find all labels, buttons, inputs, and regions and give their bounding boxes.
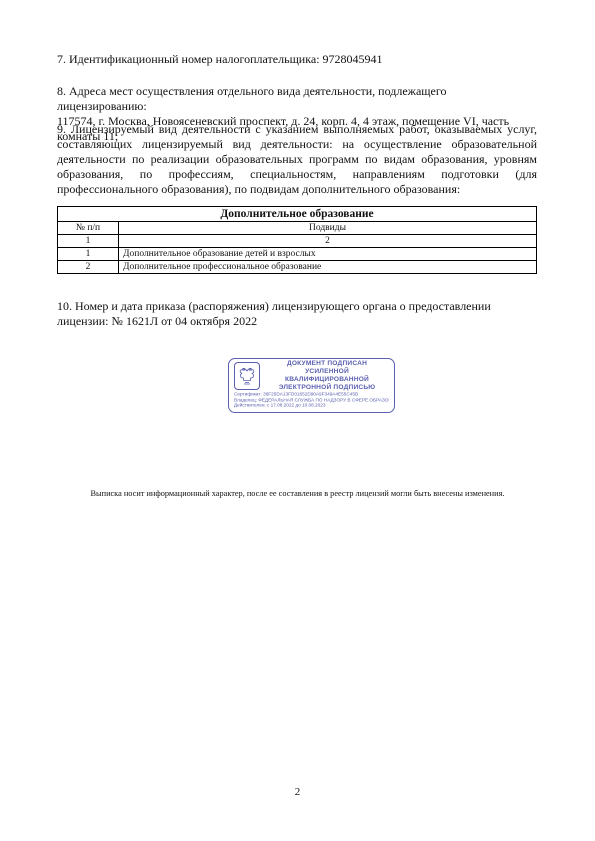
item8-heading: 8. Адреса мест осуществления отдельного …	[57, 84, 537, 114]
table-title: Дополнительное образование	[58, 207, 537, 222]
row-value: Дополнительное образование детей и взрос…	[119, 248, 537, 261]
stamp-info: Сертификат: 36F25DA13FD01652D90A9F349A4E…	[234, 392, 389, 408]
stamp-top-row: ДОКУМЕНТ ПОДПИСАН УСИЛЕННОЙ КВАЛИФИЦИРОВ…	[234, 362, 389, 389]
col-header-num: № п/п	[58, 222, 119, 235]
stamp-title-line3: ЭЛЕКТРОННОЙ ПОДПИСЬЮ	[279, 384, 376, 391]
table-title-row: Дополнительное образование	[58, 207, 537, 222]
col-header-subtypes: Подвиды	[119, 222, 537, 235]
table-row: 2 Дополнительное профессиональное образо…	[58, 261, 537, 274]
paragraph-item10-order: 10. Номер и дата приказа (распоряжения) …	[57, 299, 537, 329]
table-row: 1 Дополнительное образование детей и взр…	[58, 248, 537, 261]
stamp-title-line2: УСИЛЕННОЙ КВАЛИФИЦИРОВАННОЙ	[285, 368, 369, 383]
row-num: 1	[58, 248, 119, 261]
row-value: Дополнительное профессиональное образова…	[119, 261, 537, 274]
digital-signature-stamp: ДОКУМЕНТ ПОДПИСАН УСИЛЕННОЙ КВАЛИФИЦИРОВ…	[228, 358, 395, 413]
paragraph-item7-inn: 7. Идентификационный номер налогоплатель…	[57, 52, 537, 67]
informational-note: Выписка носит информационный характер, п…	[0, 489, 595, 498]
license-extract-page: 7. Идентификационный номер налогоплатель…	[0, 0, 595, 841]
table-colnumber-row: 1 2	[58, 235, 537, 248]
stamp-title: ДОКУМЕНТ ПОДПИСАН УСИЛЕННОЙ КВАЛИФИЦИРОВ…	[265, 360, 389, 392]
state-eagle-emblem-icon	[234, 362, 260, 390]
row-num: 2	[58, 261, 119, 274]
stamp-title-line1: ДОКУМЕНТ ПОДПИСАН	[287, 360, 367, 367]
page-number: 2	[0, 786, 595, 798]
paragraph-item9-activity: 9. Лицензируемый вид деятельности с указ…	[57, 122, 537, 197]
table-header-row: № п/п Подвиды	[58, 222, 537, 235]
stamp-validity: Действителен: с 17.08.2022 до 10.08.2023	[234, 403, 389, 408]
education-subtypes-table: Дополнительное образование № п/п Подвиды…	[57, 206, 537, 274]
education-subtypes-table-wrap: Дополнительное образование № п/п Подвиды…	[57, 206, 537, 274]
col-number-1: 1	[58, 235, 119, 248]
col-number-2: 2	[119, 235, 537, 248]
